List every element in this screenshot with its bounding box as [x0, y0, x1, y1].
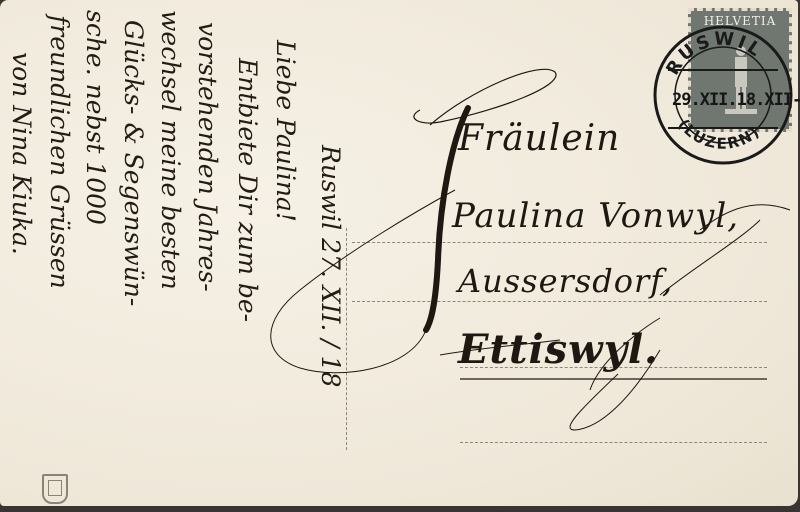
address-salutation: Fräulein — [458, 118, 620, 159]
message-line-2: Liebe Paulina! — [271, 40, 300, 222]
message-line-4: vorstehenden Jahres- — [193, 22, 222, 292]
postage-stamp: HELVETIA — [688, 8, 792, 132]
message-line-1: Ruswil 27. XII. / 18 — [316, 145, 345, 387]
publisher-shield-icon — [42, 474, 68, 504]
stamp-country: HELVETIA — [691, 14, 789, 28]
message-line-3: Entbiete Dir zum be- — [233, 58, 262, 322]
message-line-6: Glücks- & Segenswün- — [119, 20, 148, 306]
postmark-date: 29.XII.18.XII- — [672, 90, 800, 110]
message-line-8: freundlichen Grüssen — [45, 15, 74, 289]
address-street: Aussersdorf, — [458, 262, 673, 300]
address-name: Paulina Vonwyl, — [452, 196, 739, 236]
message-line-7: sche. nebst 1000 — [81, 10, 110, 225]
postcard: Fräulein Paulina Vonwyl, Aussersdorf, Et… — [0, 0, 798, 506]
message-line-5: wechsel meine besten — [156, 10, 185, 290]
message-line-9: von Nina Kiuka. — [7, 52, 36, 255]
address-town: Ettiswyl. — [458, 326, 659, 373]
